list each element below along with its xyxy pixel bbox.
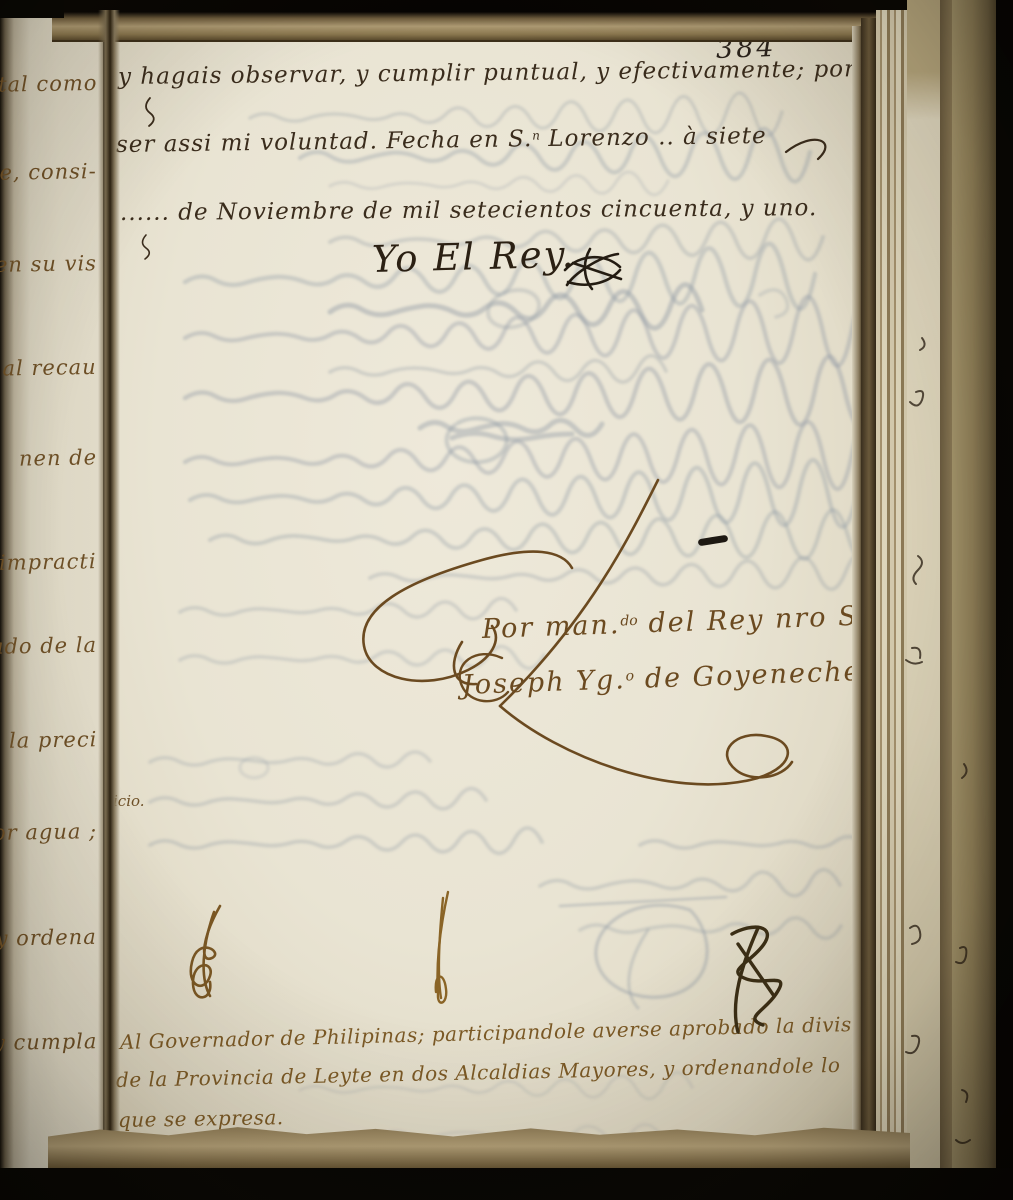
page-edge-strip: [861, 18, 877, 1178]
countersign-name: Joseph Yg.o de Goyeneche.: [461, 656, 872, 701]
rubric-mark-center: [436, 892, 448, 1003]
manuscript-page: 384 y hagais observar, y cumplir puntual…: [110, 30, 860, 1148]
body-line-3: ...... de Noviembre de mil setecientos c…: [120, 195, 817, 226]
facing-page-fragment: en su vis: [0, 251, 97, 277]
facing-page-fragment: la preci: [8, 727, 97, 753]
countersign-name-text: de Goyeneche.: [634, 656, 873, 695]
facing-page-fragment: atado de la: [0, 633, 97, 659]
facing-page-fragment: te, consi-: [0, 159, 97, 185]
body-line-2-text: ser assi mi voluntad. Fecha en S.: [116, 126, 533, 158]
facing-page-fragment: y cumpla: [0, 1029, 97, 1055]
page-edge-strip: [876, 10, 908, 1185]
page-stack-edges: [852, 0, 1013, 1200]
body-line-1: y hagais observar, y cumplir puntual, y …: [118, 56, 856, 90]
parchment-band: [952, 0, 998, 1200]
superscript-abbreviation: do: [620, 613, 638, 630]
summary-note-line-2: de la Provincia de Leyte en dos Alcaldia…: [116, 1053, 841, 1092]
body-line-2: ser assi mi voluntad. Fecha en S.n Loren…: [116, 123, 767, 158]
countersign-line: Por man.do del Rey nro S.or.: [481, 600, 894, 645]
facing-page-fragment: impracti: [0, 549, 97, 575]
facing-page-edge: total como te, consi- en su vis ntual re…: [0, 14, 103, 1172]
black-background-strip: [996, 0, 1013, 1200]
facing-page-fragment: or agua ;: [0, 819, 97, 845]
page-gutter: [98, 10, 120, 1180]
countersign-name-text: Joseph Yg.: [461, 664, 626, 701]
countersign-text: del Rey nro S.: [637, 601, 868, 640]
body-line-2-text: Lorenzo .. à siete: [540, 123, 767, 152]
summary-note-line-3: que se expresa.: [118, 1105, 284, 1132]
royal-signature: Yo El Rey.: [371, 233, 575, 281]
facing-page-fragment: nen de: [19, 445, 97, 470]
facing-page-fragment: ia, y ordena: [0, 925, 97, 951]
background-top-left: [0, 0, 64, 18]
facing-page-fragment: ntual recau: [0, 355, 97, 381]
background-bottom: [0, 1168, 1013, 1200]
facing-page-fragment: total como: [0, 71, 97, 97]
book-top-edge: [52, 4, 898, 42]
rubric-mark-left: [191, 906, 220, 997]
page-edge-strip: [907, 0, 941, 1200]
countersign-text: Por man.: [481, 609, 620, 645]
summary-note-line-1: Al Governador de Philipinas; participand…: [120, 1011, 885, 1054]
manuscript-photo: total como te, consi- en su vis ntual re…: [0, 0, 1013, 1200]
ink-dash-mark: [698, 535, 729, 547]
